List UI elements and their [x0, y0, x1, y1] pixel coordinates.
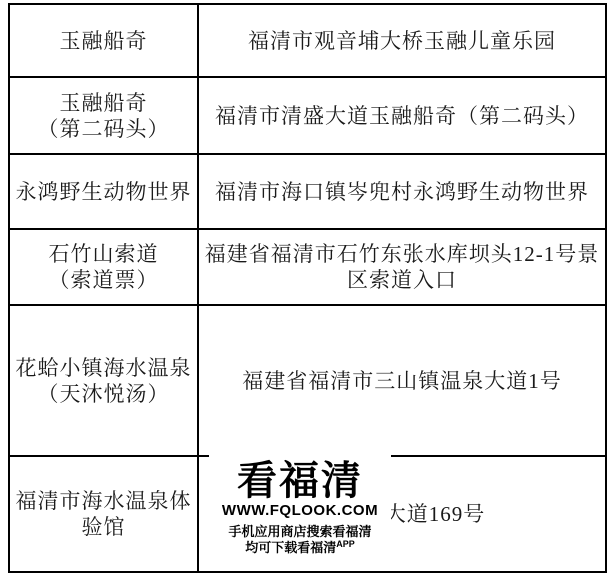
- table-row: 永鸿野生动物世界 福清市海口镇岑兜村永鸿野生动物世界: [9, 154, 606, 229]
- attraction-address-cell: 福建省福清市石竹东张水库坝头12-1号景 区索道入口: [198, 229, 606, 305]
- watermark-tagline-2: 均可下载看福清APP: [245, 541, 355, 556]
- table-row: 花蛤小镇海水温泉 （天沐悦汤） 福建省福清市三山镇温泉大道1号: [9, 305, 606, 456]
- attraction-name-cell: 福清市海水温泉体 验馆: [9, 456, 198, 572]
- attraction-name-cell: 花蛤小镇海水温泉 （天沐悦汤）: [9, 305, 198, 456]
- fqlook-watermark: 看福清 WWW.FQLOOK.COM 手机应用商店搜索看福清 均可下载看福清AP…: [209, 450, 391, 562]
- watermark-website: WWW.FQLOOK.COM: [222, 503, 378, 520]
- page: 玉融船奇 福清市观音埔大桥玉融儿童乐园 玉融船奇 （第二码头） 福清市清盛大道玉…: [0, 0, 609, 575]
- attraction-address-cell: 福清市观音埔大桥玉融儿童乐园: [198, 4, 606, 77]
- watermark-tagline-2-app: APP: [336, 539, 355, 549]
- attraction-address-cell: 福建省福清市三山镇温泉大道1号: [198, 305, 606, 456]
- watermark-logo-text: 看福清: [237, 460, 363, 502]
- watermark-tagline-2-text: 均可下载看福清: [245, 540, 336, 555]
- table-row: 玉融船奇 福清市观音埔大桥玉融儿童乐园: [9, 4, 606, 77]
- attraction-name-cell: 永鸿野生动物世界: [9, 154, 198, 229]
- table-row: 玉融船奇 （第二码头） 福清市清盛大道玉融船奇（第二码头）: [9, 77, 606, 154]
- attraction-address-cell: 福清市海口镇岑兜村永鸿野生动物世界: [198, 154, 606, 229]
- attraction-address-cell: 福清市清盛大道玉融船奇（第二码头）: [198, 77, 606, 154]
- attraction-name-cell: 玉融船奇 （第二码头）: [9, 77, 198, 154]
- watermark-tagline-1: 手机应用商店搜索看福清: [228, 525, 371, 540]
- attraction-name-cell: 石竹山索道 （索道票）: [9, 229, 198, 305]
- table-row: 石竹山索道 （索道票） 福建省福清市石竹东张水库坝头12-1号景 区索道入口: [9, 229, 606, 305]
- attraction-name-cell: 玉融船奇: [9, 4, 198, 77]
